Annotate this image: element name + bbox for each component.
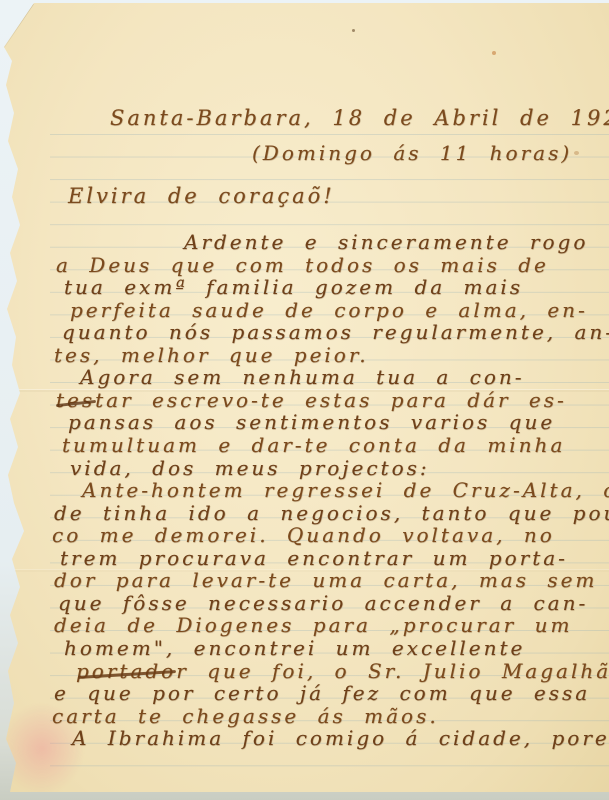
letter-line: tumultuam e dar-te conta da minha — [62, 434, 565, 457]
letter-line: carta te chegasse ás mãos. — [52, 705, 439, 728]
letter-scan: Santa-Barbara, 18 de Abril de 1926. (Dom… — [0, 0, 609, 800]
letter-line: Ante-hontem regressei de Cruz-Alta, on- — [82, 479, 609, 502]
letter-line: perfeita saude de corpo e alma, en- — [70, 299, 588, 322]
letter-line: trem procurava encontrar um porta- — [60, 547, 568, 570]
letter-line: dor para levar-te uma carta, mas sem — [54, 569, 597, 592]
letter-line: de tinha ido a negocios, tanto que pou- — [54, 502, 609, 525]
letter-salutation: Elvira de coraçaõ! — [68, 185, 335, 208]
letter-line: vida, dos meus projectos: — [70, 457, 430, 480]
letter-paper: Santa-Barbara, 18 de Abril de 1926. (Dom… — [0, 3, 609, 792]
paper-speck — [492, 51, 496, 55]
letter-line: tes, melhor que peior. — [54, 344, 369, 367]
letter-line: A Ibrahima foi comigo á cidade, porem fi… — [72, 727, 609, 750]
letter-line: tua exmª familia gozem da mais — [64, 276, 523, 299]
letter-time-note: (Domingo ás 11 horas) — [252, 142, 572, 165]
letter-dateline: Santa-Barbara, 18 de Abril de 1926. — [110, 107, 609, 130]
letter-line: Agora sem nenhuma tua a con- — [80, 366, 525, 389]
letter-line: e que por certo já fez com que essa — [54, 682, 590, 705]
letter-line: pansas aos sentimentos varios que — [68, 411, 555, 434]
letter-line: deia de Diogenes para „procurar um — [54, 614, 572, 637]
letter-line: co me demorei. Quando voltava, no — [52, 524, 555, 547]
letter-line: homem", encontrei um excellente — [64, 637, 525, 660]
letter-line: Ardente e sinceramente rogo — [184, 231, 588, 254]
letter-line: que fôsse necessario accender a can- — [58, 592, 588, 615]
letter-line: testar escrevo-te estas para dár es- — [56, 389, 567, 412]
paper-speck — [574, 151, 579, 155]
folded-corner-crease — [2, 3, 34, 49]
paper-speck — [352, 29, 355, 32]
letter-line: quanto nós passamos regularmente, an- — [62, 321, 609, 344]
letter-line: a Deus que com todos os mais de — [56, 254, 549, 277]
